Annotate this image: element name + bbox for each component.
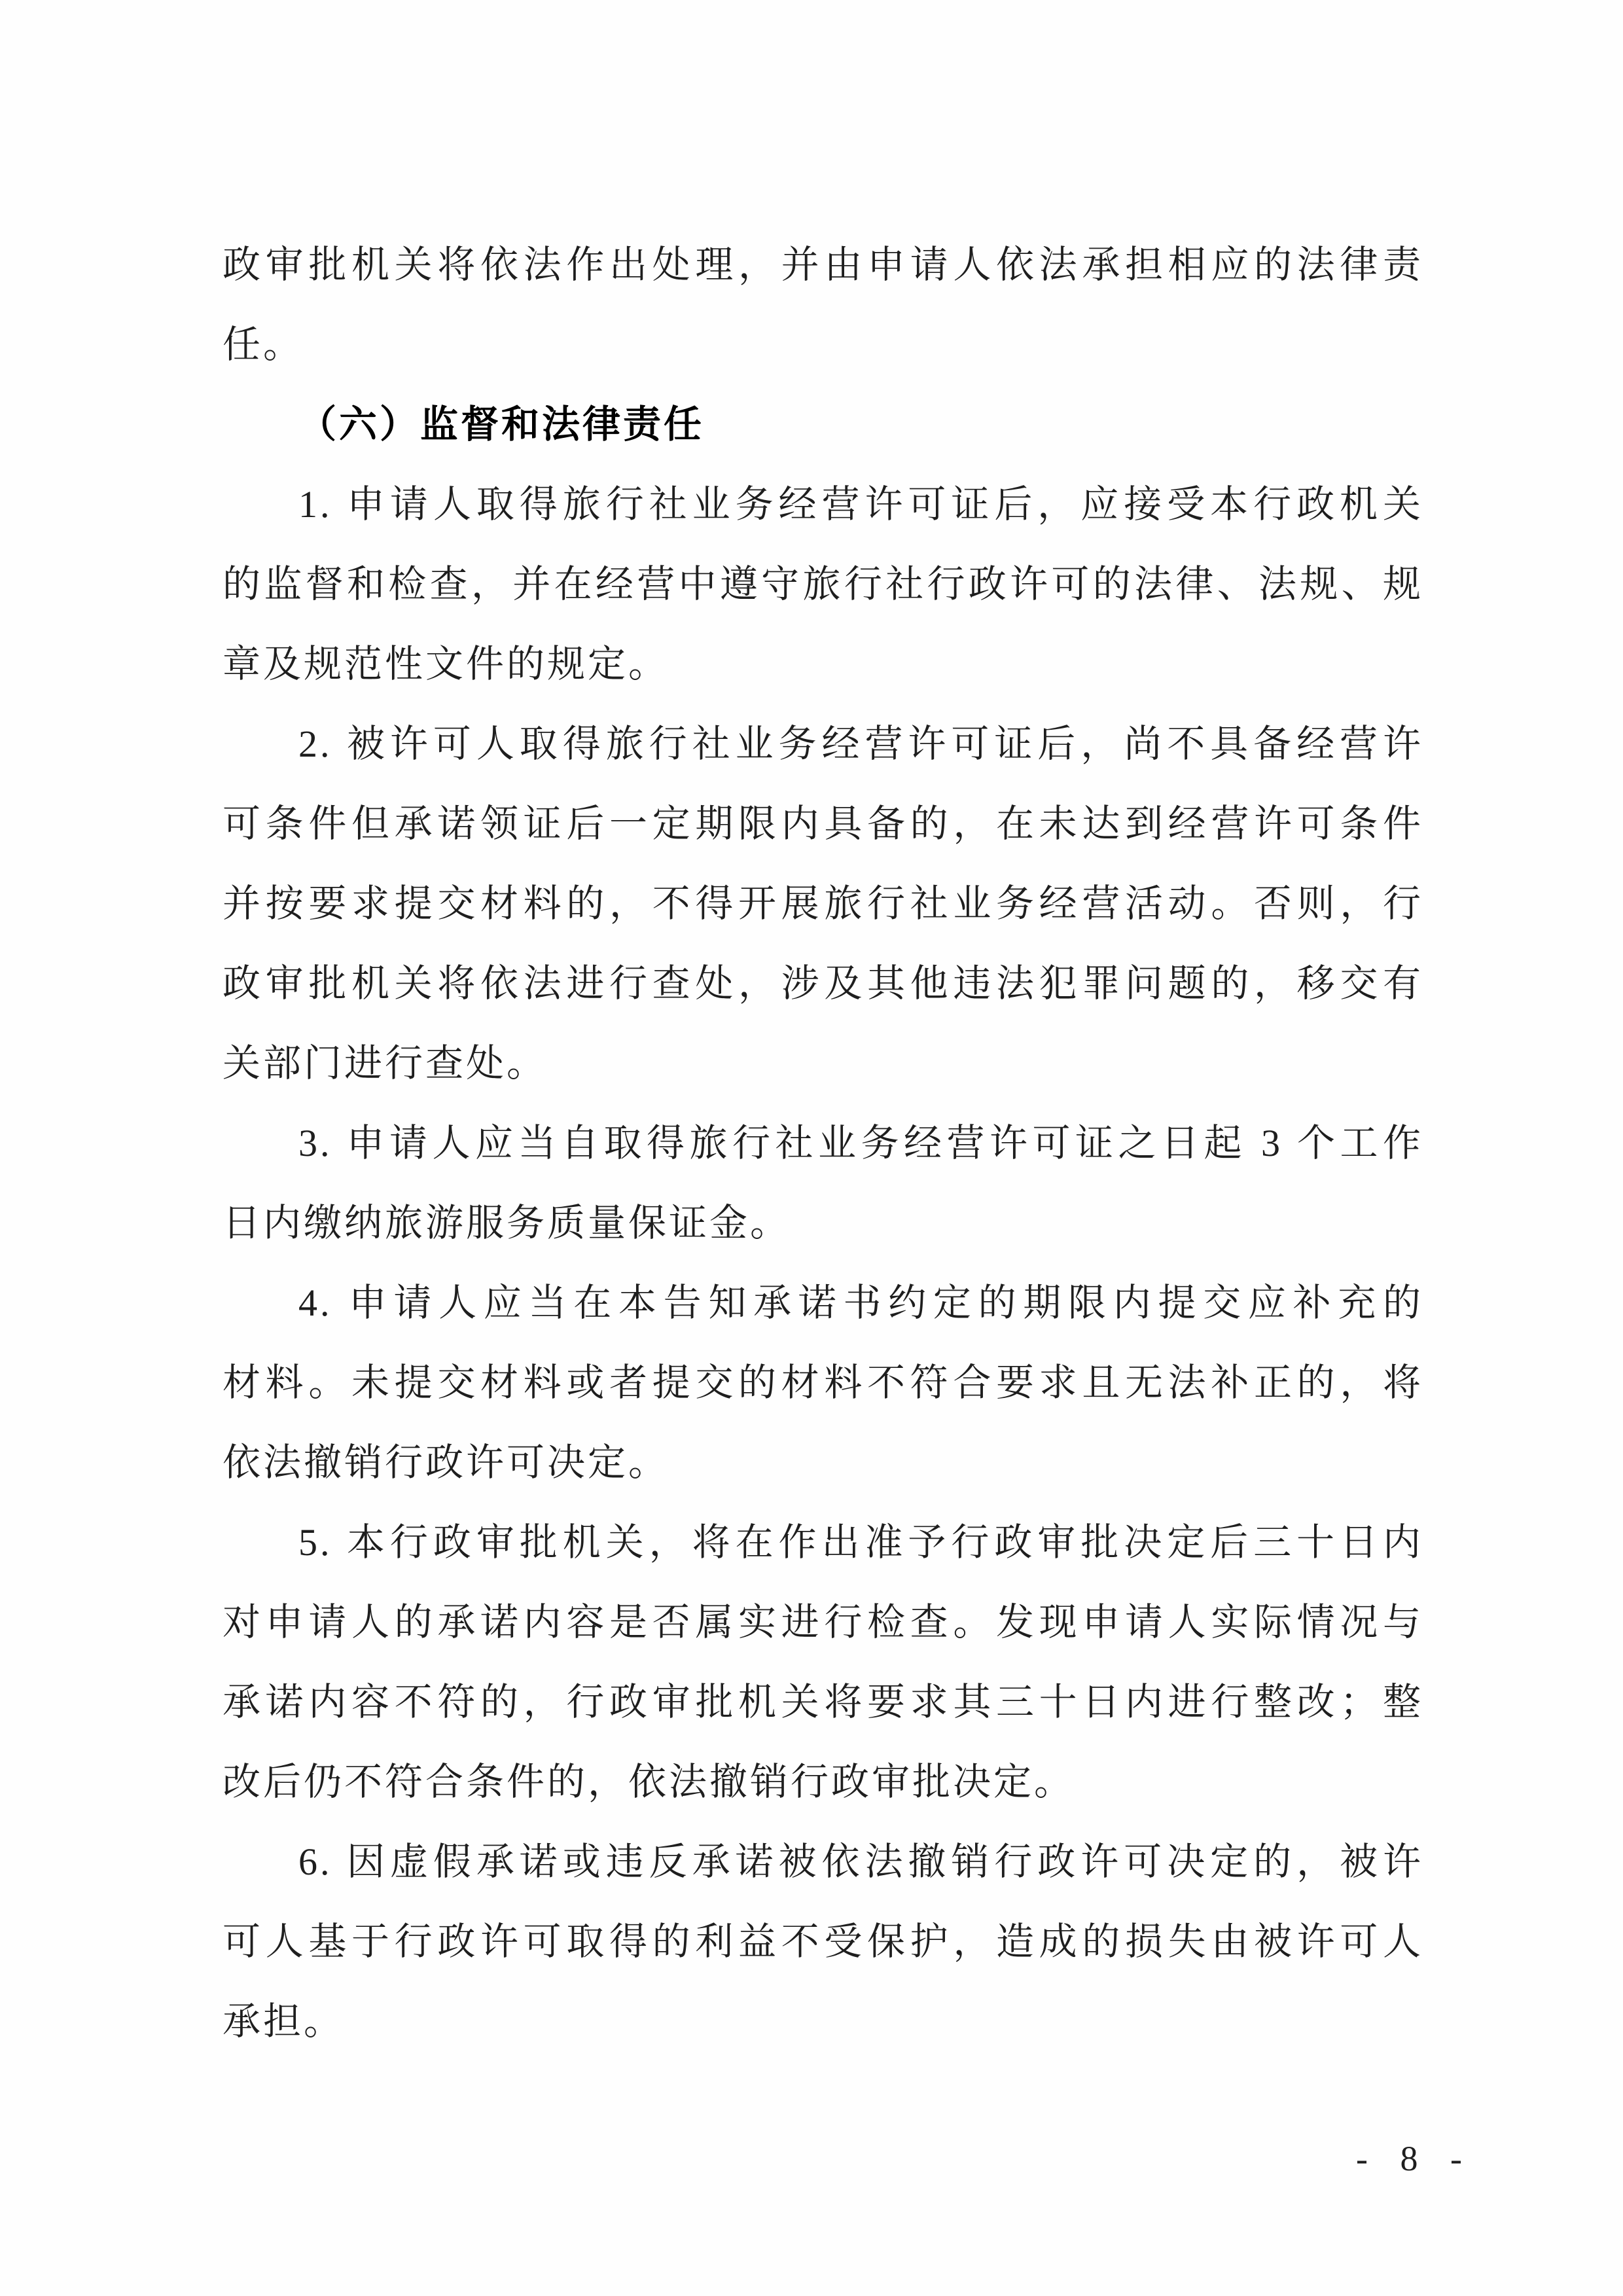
document-page: 政审批机关将依法作出处理，并由申请人依法承担相应的法律责任。（六）监督和法律责任…: [0, 0, 1623, 2296]
section-heading: （六）监督和法律责任: [223, 385, 1423, 465]
text-line: 承诺内容不符的，行政审批机关将要求其三十日内进行整改；整: [223, 1662, 1423, 1742]
text-line: 材料。未提交材料或者提交的材料不符合要求且无法补正的，将: [223, 1343, 1423, 1423]
text-line: 依法撤销行政许可决定。: [223, 1423, 1423, 1503]
text-line: 政审批机关将依法进行查处，涉及其他违法犯罪问题的，移交有: [223, 944, 1423, 1024]
text-line: 4. 申请人应当在本告知承诺书约定的期限内提交应补充的: [223, 1263, 1423, 1343]
text-line: 2. 被许可人取得旅行社业务经营许可证后，尚不具备经营许: [223, 704, 1423, 784]
text-line: 对申请人的承诺内容是否属实进行检查。发现申请人实际情况与: [223, 1583, 1423, 1662]
paragraph: 2. 被许可人取得旅行社业务经营许可证后，尚不具备经营许可条件但承诺领证后一定期…: [223, 704, 1423, 1103]
paragraph: 政审批机关将依法作出处理，并由申请人依法承担相应的法律责任。: [223, 225, 1423, 385]
text-line: 3. 申请人应当自取得旅行社业务经营许可证之日起 3 个工作: [223, 1103, 1423, 1183]
text-line: 政审批机关将依法作出处理，并由申请人依法承担相应的法律责: [223, 225, 1423, 305]
text-line: 可条件但承诺领证后一定期限内具备的，在未达到经营许可条件: [223, 784, 1423, 864]
text-line: 日内缴纳旅游服务质量保证金。: [223, 1183, 1423, 1263]
text-line: 5. 本行政审批机关，将在作出准予行政审批决定后三十日内: [223, 1503, 1423, 1583]
paragraph: 5. 本行政审批机关，将在作出准予行政审批决定后三十日内对申请人的承诺内容是否属…: [223, 1503, 1423, 1822]
text-line: 的监督和检查，并在经营中遵守旅行社行政许可的法律、法规、规: [223, 545, 1423, 624]
document-body: 政审批机关将依法作出处理，并由申请人依法承担相应的法律责任。（六）监督和法律责任…: [223, 225, 1423, 2062]
page-number: - 8 -: [1356, 2139, 1474, 2178]
text-line: 章及规范性文件的规定。: [223, 624, 1423, 704]
text-line: 关部门进行查处。: [223, 1024, 1423, 1103]
paragraph: 3. 申请人应当自取得旅行社业务经营许可证之日起 3 个工作日内缴纳旅游服务质量…: [223, 1103, 1423, 1263]
text-line: 1. 申请人取得旅行社业务经营许可证后，应接受本行政机关: [223, 465, 1423, 545]
text-line: 任。: [223, 305, 1423, 385]
text-line: 可人基于行政许可取得的利益不受保护，造成的损失由被许可人: [223, 1902, 1423, 1982]
text-line: 承担。: [223, 1982, 1423, 2062]
text-line: 改后仍不符合条件的，依法撤销行政审批决定。: [223, 1742, 1423, 1822]
paragraph: 6. 因虚假承诺或违反承诺被依法撤销行政许可决定的，被许可人基于行政许可取得的利…: [223, 1822, 1423, 2062]
paragraph: 4. 申请人应当在本告知承诺书约定的期限内提交应补充的材料。未提交材料或者提交的…: [223, 1263, 1423, 1503]
paragraph: 1. 申请人取得旅行社业务经营许可证后，应接受本行政机关的监督和检查，并在经营中…: [223, 465, 1423, 704]
text-line: 并按要求提交材料的，不得开展旅行社业务经营活动。否则，行: [223, 864, 1423, 944]
text-line: 6. 因虚假承诺或违反承诺被依法撤销行政许可决定的，被许: [223, 1822, 1423, 1902]
text-line: （六）监督和法律责任: [223, 385, 1423, 465]
